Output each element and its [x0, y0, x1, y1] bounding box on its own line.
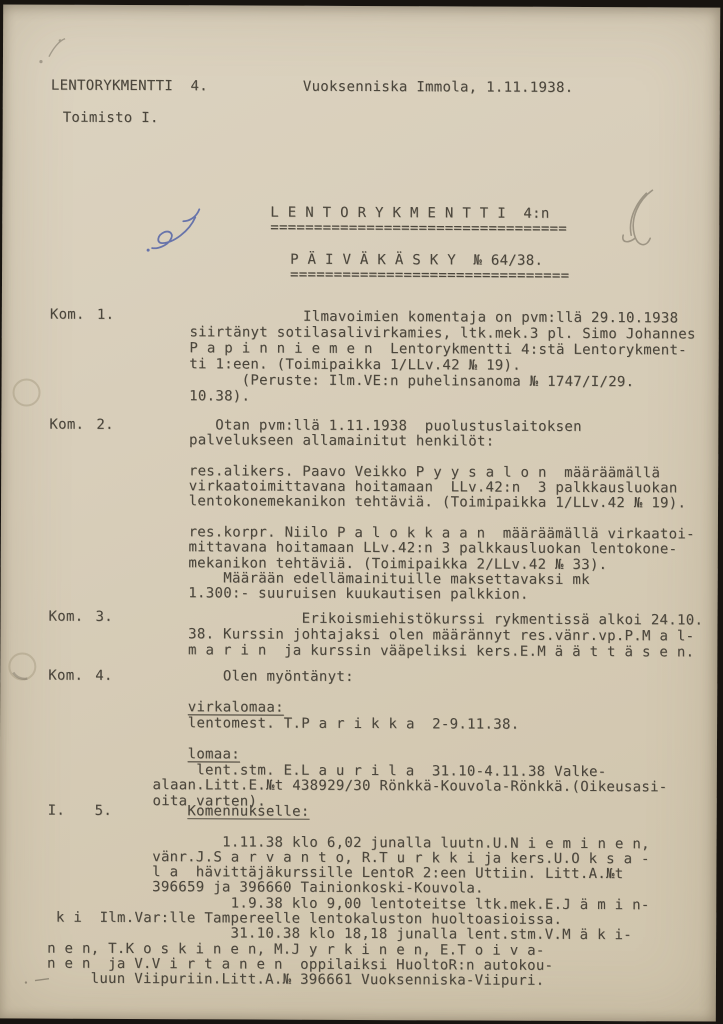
- section-label: I.: [48, 804, 66, 819]
- document-paper: LENTORYKMENTTI 4. Vuoksenniska Immola, 1…: [0, 4, 720, 1021]
- document-section: I.5.Komennukselle: 1.11.38 klo 6,02 juna…: [47, 804, 707, 990]
- section-number: 5.: [95, 804, 113, 819]
- section-number: 2.: [96, 418, 114, 433]
- typed-line: 1.300:- suuruisen kuukautisen palkkion.: [49, 586, 708, 604]
- document-section: Kom.4.Olen myöntänyt: virkalomaa:lentome…: [48, 669, 708, 812]
- document-section: Kom.2.Otan pvm:llä 1.11.1938 puolustusla…: [49, 418, 709, 604]
- document-section: Kom.3.Erikoismiehistökurssi rykmentissä …: [48, 610, 707, 661]
- typed-line: m a r i n ja kurssin vääpeliksi kers.E.M…: [48, 642, 707, 661]
- typed-line: luun Viipuriin.Litt.A.№ 396661 Vuoksenni…: [47, 972, 706, 990]
- section-label: Kom.: [49, 610, 84, 625]
- section-label: Kom.: [49, 418, 84, 433]
- section-number: 4.: [95, 669, 113, 684]
- typed-line: 10.38).: [49, 388, 708, 407]
- section-number: 3.: [96, 610, 114, 625]
- document-section: Kom.1.Ilmavoimien komentaja on pvm:llä 2…: [49, 308, 708, 407]
- sections-container: Kom.1.Ilmavoimien komentaja on pvm:llä 2…: [0, 4, 720, 1021]
- section-label: Kom.: [48, 669, 83, 684]
- section-label: Kom.: [50, 308, 85, 323]
- section-number: 1.: [97, 308, 115, 323]
